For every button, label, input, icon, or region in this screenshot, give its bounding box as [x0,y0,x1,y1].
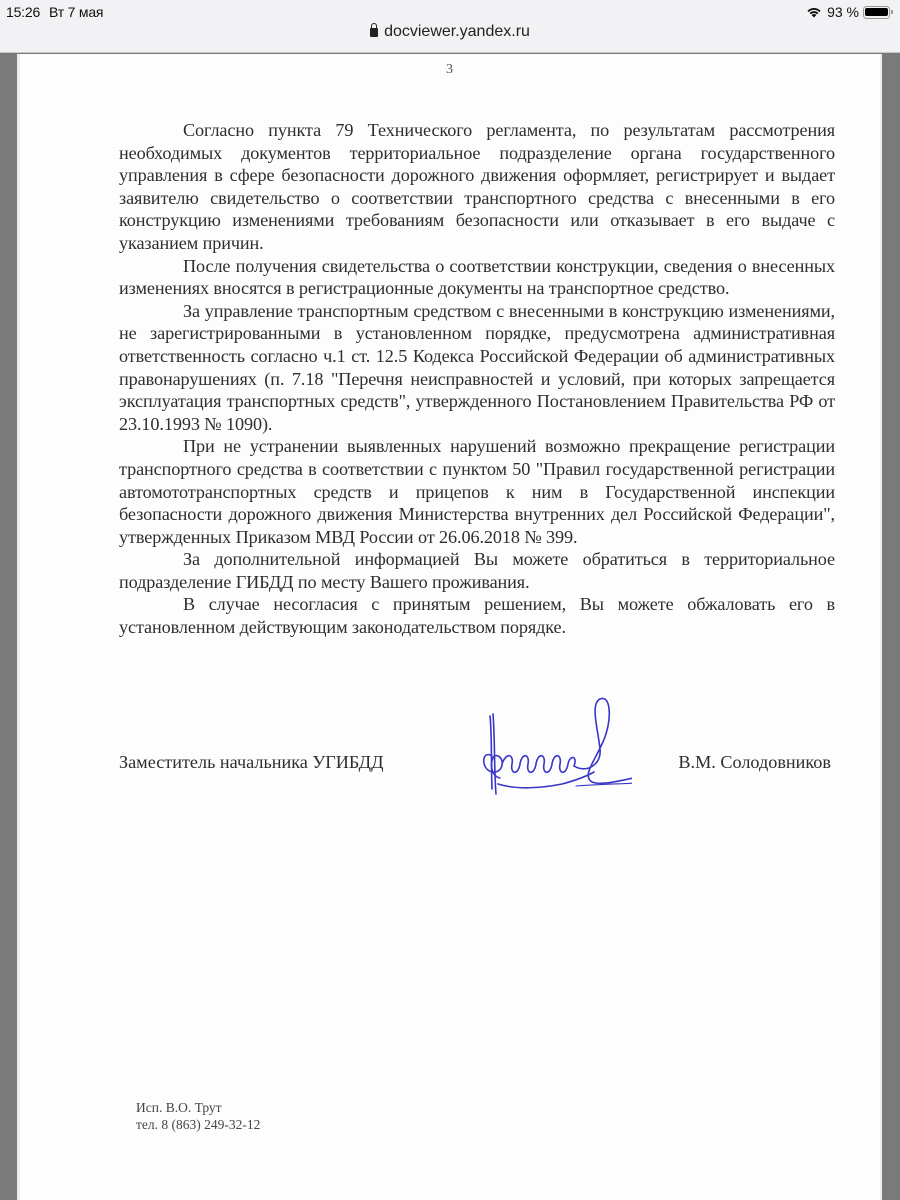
handwritten-signature [462,694,632,804]
address-bar[interactable]: docviewer.yandex.ru [0,23,900,41]
executor-note: Исп. В.О. Трут тел. 8 (863) 249-32-12 [136,1099,260,1133]
status-bar-right: 93 % [806,4,890,20]
paragraph: После получения свидетельства о соответс… [119,255,835,300]
page-number: 3 [17,62,882,78]
document-body: Согласно пункта 79 Технического регламен… [119,119,835,639]
status-date: Вт 7 мая [49,4,103,20]
wifi-icon [806,6,822,18]
status-bar-left: 15:26Вт 7 мая [6,4,112,20]
lock-icon [370,28,378,37]
paragraph: За управление транспортным средством с в… [119,300,835,436]
paragraph: В случае несогласия с принятым решением,… [119,593,835,638]
battery-icon [863,6,890,19]
executor-phone: тел. 8 (863) 249-32-12 [136,1116,260,1133]
browser-top-bar: 15:26Вт 7 мая 93 % docviewer.yandex.ru [0,0,900,53]
url-text: docviewer.yandex.ru [384,23,530,40]
paragraph: Согласно пункта 79 Технического регламен… [119,119,835,255]
signatory-title: Заместитель начальника УГИБДД [119,752,383,773]
signatory-name: В.М. Солодовников [678,752,831,773]
signature-block: Заместитель начальника УГИБДД В.М. Солод… [119,752,835,782]
status-time: 15:26 [6,4,40,20]
executor-name: Исп. В.О. Трут [136,1099,260,1116]
paragraph: За дополнительной информацией Вы можете … [119,548,835,593]
paragraph: При не устранении выявленных нарушений в… [119,435,835,548]
battery-percent: 93 % [827,4,859,20]
